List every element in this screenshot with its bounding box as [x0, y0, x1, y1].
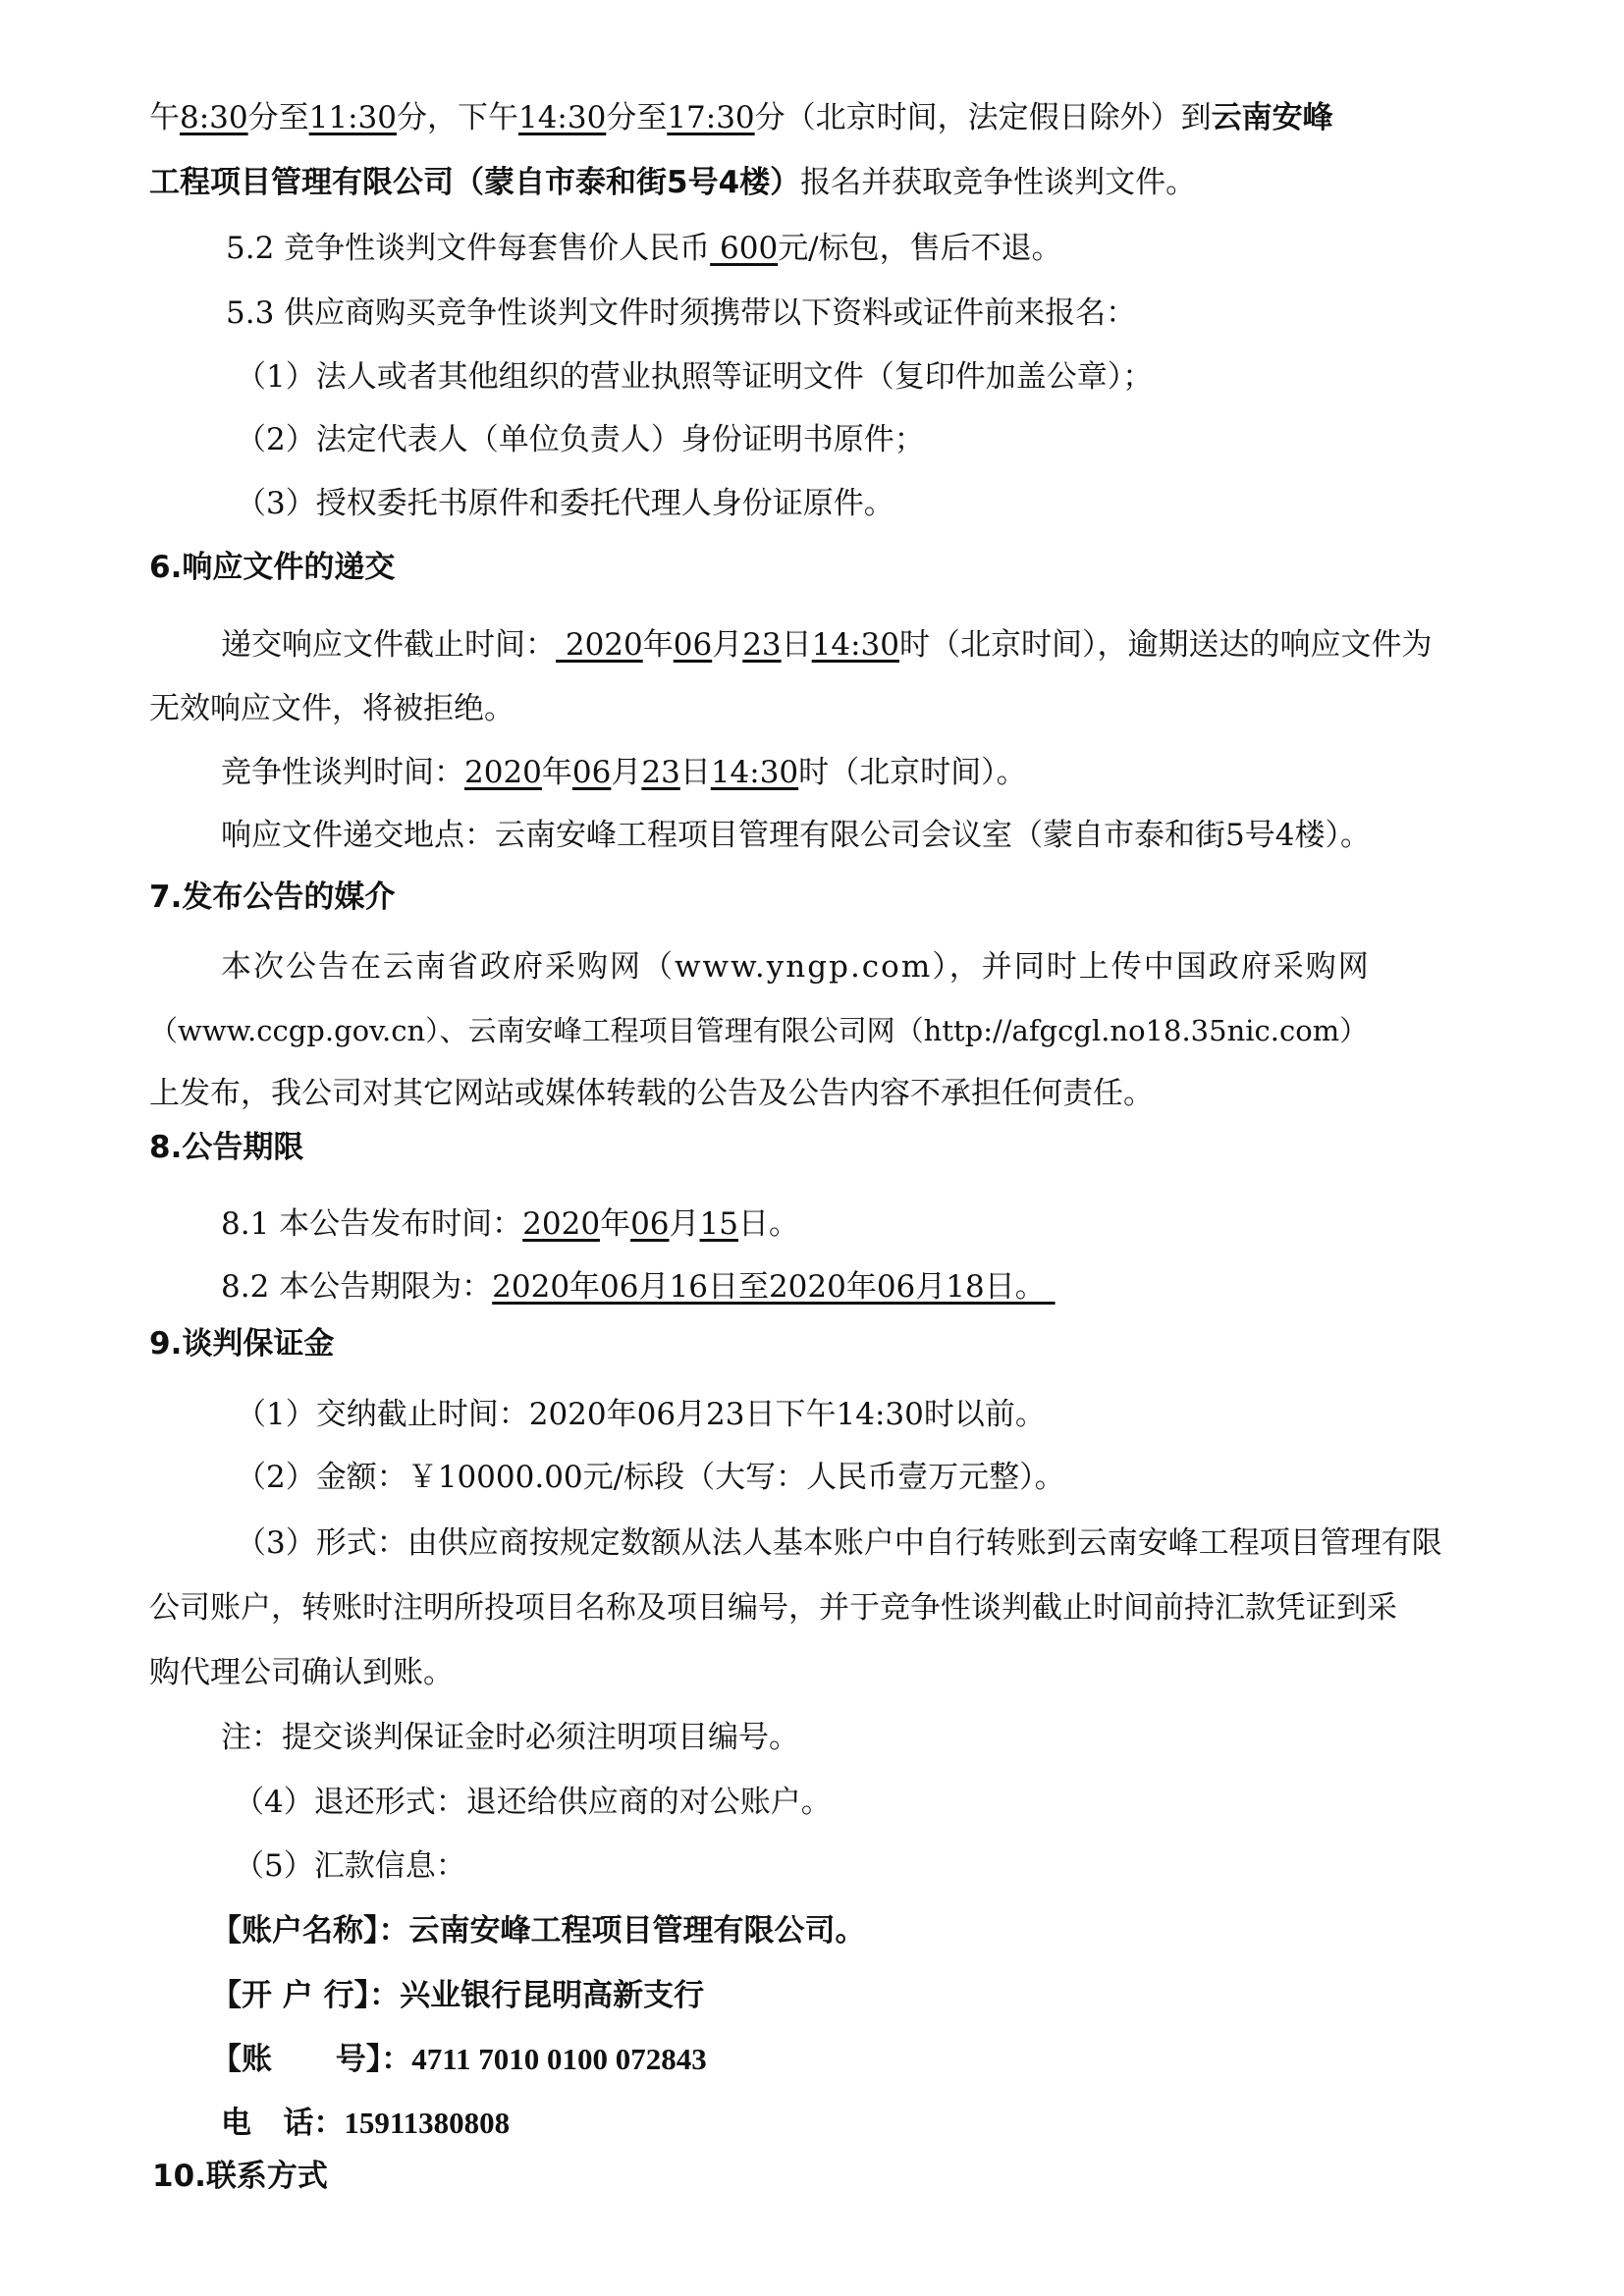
- company-address-bold: 工程项目管理有限公司（蒙自市泰和街5号4楼）: [149, 165, 800, 200]
- text: 月: [712, 627, 742, 663]
- remittance-info-label: （5）汇款信息：: [234, 1846, 466, 1886]
- account-number-label: 【账 号】：: [211, 2042, 411, 2077]
- morning-start-time: 8:30: [180, 100, 248, 135]
- text: 8.1 本公告发布时间：: [221, 1206, 522, 1242]
- negotiation-year: 2020: [464, 755, 542, 790]
- publish-month: 06: [630, 1206, 669, 1242]
- registration-hours-line: 午8:30分至11:30分，下午14:30分至17:30分（北京时间，法定假日除…: [149, 98, 1333, 137]
- section-7-heading: 7.发布公告的媒介: [149, 878, 395, 917]
- text: 日: [782, 627, 812, 663]
- text: 时（北京时间）。: [798, 755, 1027, 790]
- bank-label: 【开 户 行】：: [211, 1978, 400, 2013]
- required-doc-2: （2）法定代表人（单位负责人）身份证明书原件；: [236, 420, 925, 459]
- required-doc-1: （1）法人或者其他组织的营业执照等证明文件（复印件加盖公章）；: [236, 357, 1153, 397]
- item-8-1: 8.1 本公告发布时间：2020年06月15日。: [221, 1204, 799, 1244]
- deadline-year: 2020: [556, 627, 643, 663]
- text: 分至: [248, 100, 309, 135]
- refund-form: （4）退还形式：退还给供应商的对公账户。: [234, 1783, 832, 1822]
- deadline-month: 06: [674, 627, 712, 663]
- account-name-label: 【账户名称】：: [211, 1913, 409, 1949]
- publish-year: 2020: [522, 1206, 600, 1242]
- deposit-form: （3）形式：由供应商按规定数额从法人基本账户中自行转账到云南安峰工程项目管理有限: [236, 1523, 1442, 1563]
- announcement-period: 2020年06月16日至2020年06月18日。: [492, 1269, 1055, 1305]
- submission-location: 响应文件递交地点：云南安峰工程项目管理有限公司会议室（蒙自市泰和街5号4楼）。: [221, 816, 1371, 855]
- text: 时（北京时间），逾期送达的响应文件为: [899, 627, 1433, 663]
- item-8-2: 8.2 本公告期限为：2020年06月16日至2020年06月18日。: [221, 1267, 1056, 1307]
- section-8-heading: 8.公告期限: [149, 1128, 303, 1167]
- submission-deadline-cont: 无效响应文件，将被拒绝。: [149, 689, 514, 728]
- text: 报名并获取竞争性谈判文件。: [800, 165, 1196, 200]
- item-5-2: 5.2 竞争性谈判文件每套售价人民币 600元/标包，售后不退。: [226, 229, 1062, 268]
- text: 分，下午: [397, 100, 518, 135]
- account-number-value: 4711 7010 0100 072843: [411, 2042, 707, 2076]
- afternoon-start-time: 14:30: [518, 100, 606, 135]
- phone-value: 15911380808: [344, 2106, 510, 2140]
- text: 元/标包，售后不退。: [778, 231, 1061, 266]
- text: 年: [643, 627, 674, 663]
- negotiation-day: 23: [641, 755, 679, 790]
- afternoon-end-time: 17:30: [667, 100, 754, 135]
- deposit-note: 注：提交谈判保证金时必须注明项目编号。: [221, 1718, 799, 1757]
- text: 年: [600, 1206, 630, 1242]
- negotiation-time: 14:30: [711, 755, 798, 790]
- deadline-day: 23: [742, 627, 781, 663]
- phone-line: 电 话：15911380808: [221, 2104, 510, 2143]
- deposit-amount: （2）金额：￥10000.00元/标段（大写：人民币壹万元整）。: [236, 1458, 1065, 1497]
- text: 月: [611, 755, 641, 790]
- text: 8.2 本公告期限为：: [221, 1269, 492, 1305]
- section-10-heading: 10.联系方式: [152, 2157, 328, 2196]
- section-6-heading: 6.响应文件的递交: [149, 548, 395, 587]
- text: 递交响应文件截止时间：: [221, 627, 556, 663]
- bank-value: 兴业银行昆明高新支行: [400, 1978, 704, 2013]
- account-name-line: 【账户名称】：云南安峰工程项目管理有限公司。: [211, 1911, 866, 1950]
- text: 年: [542, 755, 572, 790]
- registration-address-line: 工程项目管理有限公司（蒙自市泰和街5号4楼）报名并获取竞争性谈判文件。: [149, 163, 1196, 202]
- account-name-value: 云南安峰工程项目管理有限公司。: [409, 1913, 866, 1949]
- section-9-heading: 9.谈判保证金: [149, 1324, 334, 1363]
- negotiation-time-line: 竞争性谈判时间：2020年06月23日14:30时（北京时间）。: [221, 753, 1027, 792]
- submission-deadline-line: 递交响应文件截止时间： 2020年06月23日14:30时（北京时间），逾期送达…: [221, 625, 1433, 665]
- negotiation-month: 06: [572, 755, 611, 790]
- deposit-form-cont-2: 购代理公司确认到账。: [149, 1653, 454, 1692]
- text: 5.2 竞争性谈判文件每套售价人民币: [226, 231, 710, 266]
- deadline-time: 14:30: [812, 627, 899, 663]
- text: 日: [680, 755, 711, 790]
- phone-label: 电 话：: [221, 2106, 344, 2141]
- text: 分（北京时间，法定假日除外）到: [755, 100, 1212, 135]
- document-price: 600: [710, 231, 778, 266]
- morning-end-time: 11:30: [309, 100, 397, 135]
- media-line-1: 本次公告在云南省政府采购网（www.yngp.com），并同时上传中国政府采购网: [221, 947, 1371, 987]
- text: 日。: [738, 1206, 799, 1242]
- account-number-line: 【账 号】：4711 7010 0100 072843: [211, 2040, 707, 2079]
- media-line-2: （www.ccgp.gov.cn）、云南安峰工程项目管理有限公司网（http:/…: [149, 1011, 1368, 1050]
- required-doc-3: （3）授权委托书原件和委托代理人身份证原件。: [236, 484, 894, 523]
- deposit-form-cont-1: 公司账户，转账时注明所投项目名称及项目编号，并于竞争性谈判截止时间前持汇款凭证到…: [149, 1588, 1397, 1628]
- text: 分至: [606, 100, 667, 135]
- bank-line: 【开 户 行】：兴业银行昆明高新支行: [211, 1976, 704, 2015]
- deposit-deadline: （1）交纳截止时间：2020年06月23日下午14:30时以前。: [236, 1395, 1046, 1434]
- text: 午: [149, 100, 180, 135]
- item-5-3: 5.3 供应商购买竞争性谈判文件时须携带以下资料或证件前来报名：: [226, 294, 1136, 333]
- publish-day: 15: [700, 1206, 738, 1242]
- text: 月: [670, 1206, 700, 1242]
- media-line-3: 上发布，我公司对其它网站或媒体转载的公告及公告内容不承担任何责任。: [149, 1074, 1154, 1113]
- text: 竞争性谈判时间：: [221, 755, 464, 790]
- company-name-bold: 云南安峰: [1212, 100, 1333, 135]
